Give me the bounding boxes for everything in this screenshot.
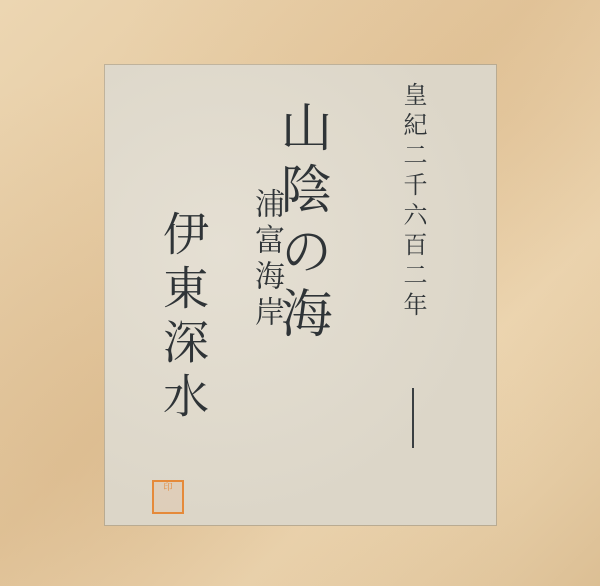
artist-signature: 伊東深水 [150, 210, 216, 426]
date-inscription: 皇紀二千六百二年 [396, 82, 431, 322]
brush-stroke-tail [412, 388, 414, 448]
seal-stamp: 印 [152, 480, 184, 514]
location-text: 浦富海岸 [244, 188, 288, 332]
